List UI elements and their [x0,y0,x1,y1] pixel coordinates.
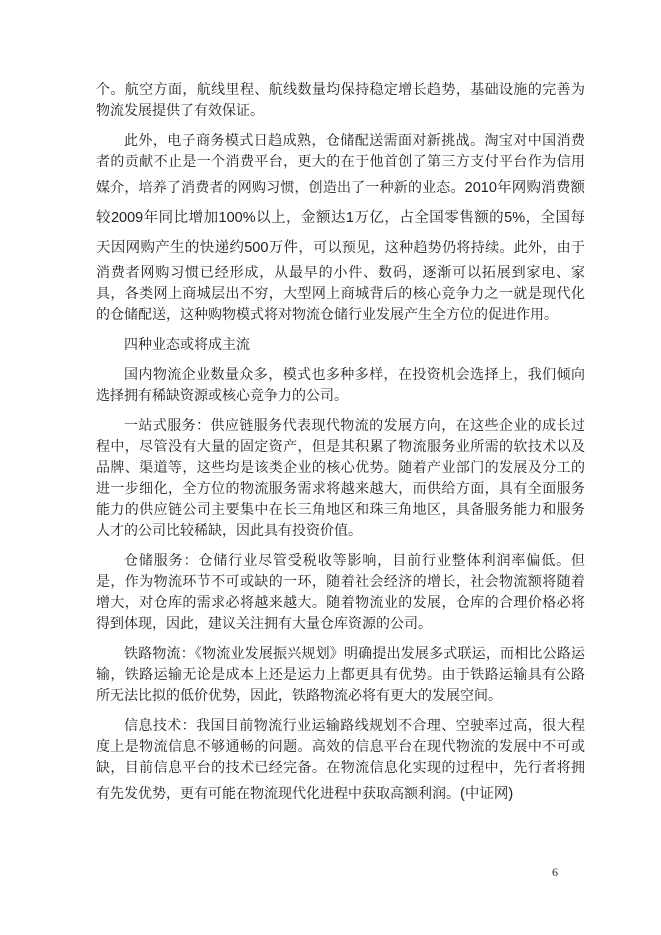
paragraph-warehousing-service: 仓储服务：仓储行业尽管受税收等影响，目前行业整体利润率偏低。但是，作为物流环节不… [96,551,585,635]
paragraph-ecommerce-warehousing: 此外，电子商务模式日趋成熟，仓储配送需面对新挑战。淘宝对中国消费者的贡献不止是一… [96,131,585,326]
paragraph-railway-logistics: 铁路物流：《物流业发展振兴规划》明确提出发展多式联运，而相比公路运输，铁路运输无… [96,644,585,707]
paragraph-source-attribution: (中证网) [460,786,513,802]
document-body: 个。航空方面，航线里程、航线数量均保持稳定增长趋势，基础设施的完善为物流发展提供… [96,80,585,818]
document-page: 个。航空方面，航线里程、航线数量均保持稳定增长趋势，基础设施的完善为物流发展提供… [0,0,661,935]
paragraph-one-stop-service: 一站式服务：供应链服务代表现代物流的发展方向，在这些企业的成长过程中，尽管没有大… [96,416,585,542]
page-number: 6 [552,864,558,880]
section-heading-four-business-models: 四种业态或将成主流 [96,335,585,356]
paragraph-air-transport-continuation: 个。航空方面，航线里程、航线数量均保持稳定增长趋势，基础设施的完善为物流发展提供… [96,80,585,122]
paragraph-information-technology: 信息技术：我国目前物流行业运输路线规划不合理、空驶率过高，很大程度上是物流信息不… [96,716,585,809]
paragraph-investment-preference: 国内物流企业数量众多，模式也多种多样，在投资机会选择上，我们倾向选择拥有稀缺资源… [96,365,585,407]
